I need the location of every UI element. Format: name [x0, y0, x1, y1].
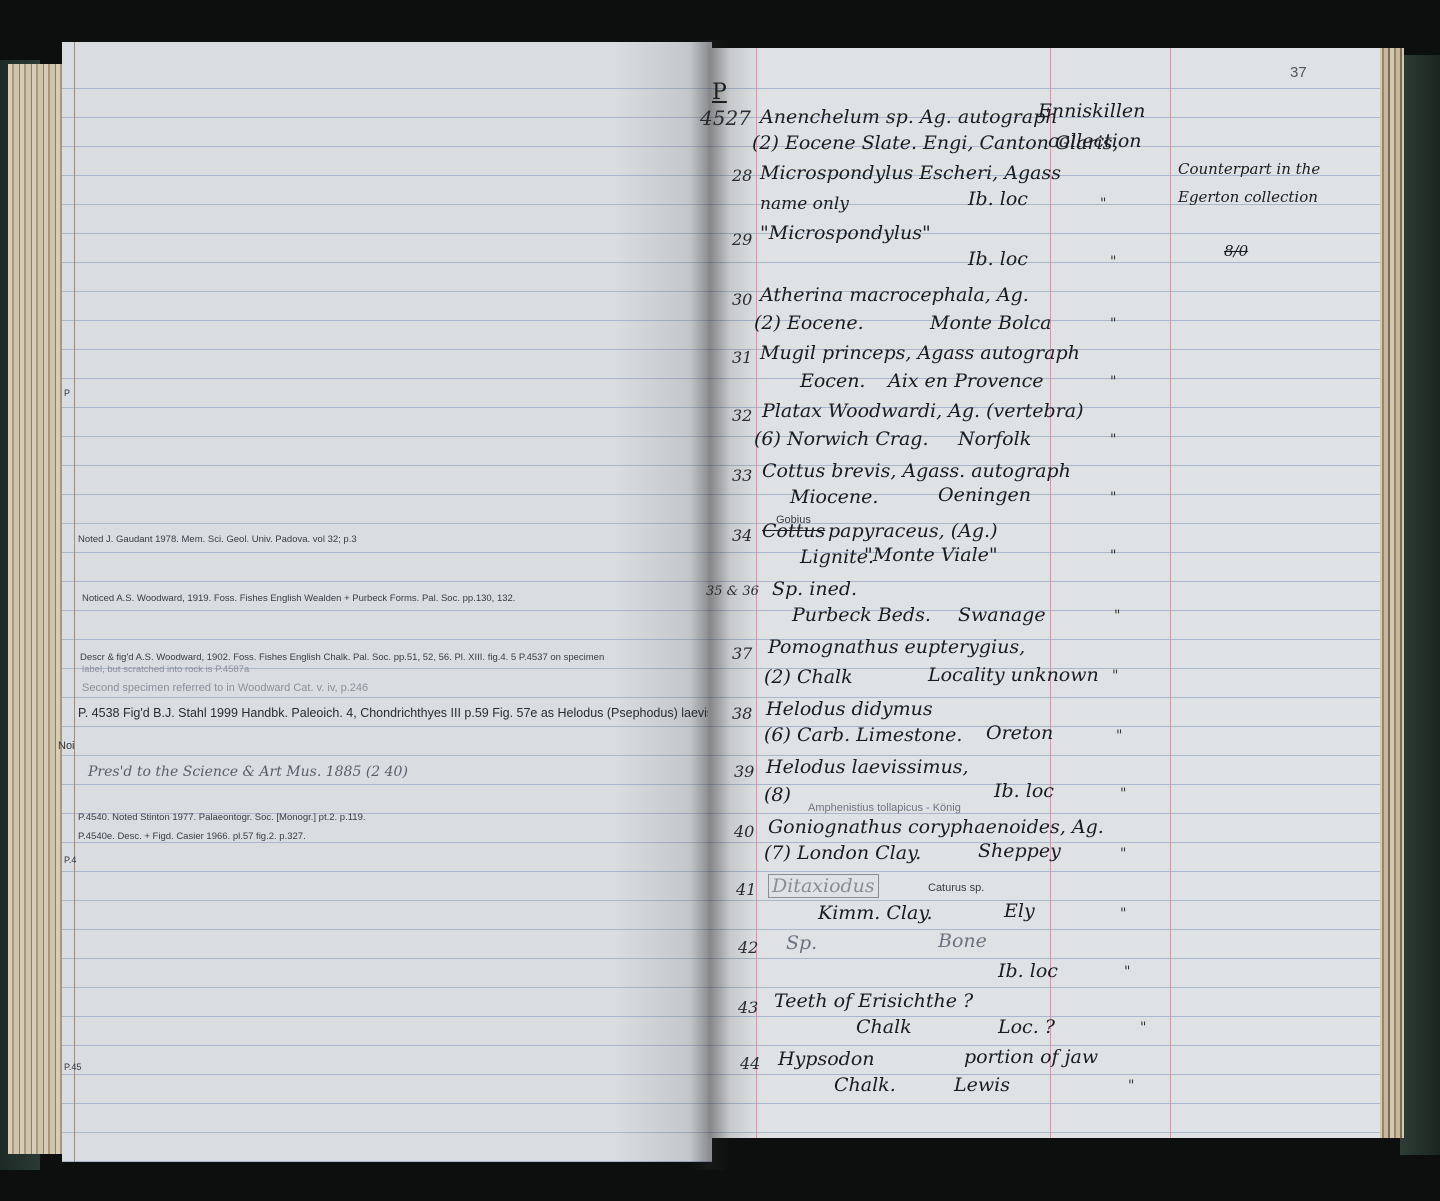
ditto-mark: " — [1110, 316, 1116, 332]
ditto-mark: " — [1114, 608, 1120, 624]
entry-locality: Aix en Provence — [888, 370, 1043, 392]
entry-locality: Oreton — [986, 722, 1053, 744]
ditto-mark: " — [1116, 728, 1122, 744]
annotation-casier: P.4540e. Desc. + Figd. Casier 1966. pl.5… — [78, 831, 306, 842]
entry-number: 28 — [732, 166, 752, 185]
ditto-mark: " — [1110, 490, 1116, 506]
entry-name: Goniognathus coryphaenoides, Ag. — [768, 816, 1104, 838]
entry-detail-extra: collection — [1048, 130, 1142, 152]
annotation-stahl: P. 4538 Fig'd B.J. Stahl 1999 Handbk. Pa… — [78, 706, 746, 720]
annotation-woodward-1919: Noticed A.S. Woodward, 1919. Foss. Fishe… — [82, 593, 515, 604]
entry-detail: Chalk. — [834, 1074, 896, 1096]
entry-name: Cottus brevis, Agass. autograph — [762, 460, 1071, 482]
ditto-mark: " — [1120, 846, 1126, 862]
ditto-mark: " — [1100, 196, 1106, 212]
ditto-mark: " — [1140, 1020, 1146, 1036]
book-gutter — [690, 40, 730, 1170]
entry-extra: portion of jaw — [964, 1046, 1098, 1068]
entry-struck-genus: Cottus — [762, 520, 825, 542]
side-mark: P.4 — [64, 855, 76, 865]
entry-name: Atherina macrocephala, Ag. — [760, 284, 1029, 306]
entry-detail: name only — [760, 194, 849, 214]
entry-locality: Ib. loc — [968, 248, 1028, 270]
entry-detail: (7) London Clay. — [764, 842, 921, 864]
left-page: P Noi P.4 P.45 Noted J. Gaudant 1978. Me… — [62, 42, 712, 1162]
entry-name: Microspondylus Escheri, Agass — [760, 162, 1061, 184]
entry-correction: Caturus sp. — [928, 882, 984, 894]
entry-name: "Microspondylus" — [760, 222, 931, 244]
entry-number: 38 — [732, 704, 752, 723]
entry-number: 32 — [732, 406, 752, 425]
ditto-mark: " — [1112, 668, 1118, 684]
entry-correction: Amphenistius tollapicus - König — [808, 802, 961, 814]
page-number: 37 — [1290, 64, 1307, 81]
entry-locality: Ib. loc — [968, 188, 1028, 210]
left-margin-rule — [74, 42, 75, 1162]
entry-locality: Norfolk — [958, 428, 1031, 450]
ditto-mark: " — [1110, 254, 1116, 270]
entry-number: 37 — [732, 644, 752, 663]
entry-locality: Ib. loc — [994, 780, 1054, 802]
side-mark: P.45 — [64, 1062, 81, 1072]
ditto-mark: " — [1110, 432, 1116, 448]
entry-detail: (6) Norwich Crag. — [754, 428, 929, 450]
entry-locality: Monte Bolca — [930, 312, 1052, 334]
entry-name: Sp. — [786, 932, 817, 954]
entry-detail: (2) Eocene. — [754, 312, 864, 334]
entry-name: Sp. ined. — [772, 578, 857, 600]
side-note-line1: Counterpart in the — [1178, 160, 1320, 178]
page-edges-left — [8, 64, 64, 1154]
side-note-line2: Egerton collection — [1178, 188, 1318, 206]
entry-detail: Purbeck Beds. — [792, 604, 931, 626]
entry-detail: (8) — [764, 784, 791, 806]
entry-number: 44 — [740, 1054, 760, 1073]
annotation-presented: Pres'd to the Science & Art Mus. 1885 (2… — [88, 764, 408, 780]
entry-locality: Swanage — [958, 604, 1046, 626]
entry-number: 40 — [734, 822, 754, 841]
entry-detail: Eocen. — [800, 370, 865, 392]
right-page: P 37 Counterpart in the Egerton collecti… — [708, 48, 1380, 1138]
entry-locality: Sheppey — [978, 840, 1061, 862]
entry-detail: (6) Carb. Limestone. — [764, 724, 962, 746]
entry-locality: Loc. ? — [998, 1016, 1055, 1038]
annotation-second-specimen: Second specimen referred to in Woodward … — [82, 682, 368, 694]
entry-locality: Lewis — [954, 1074, 1010, 1096]
ditto-mark: " — [1120, 786, 1126, 802]
entry-name: Teeth of Erisichthe ? — [774, 990, 973, 1012]
entry-detail: (2) Chalk — [764, 666, 853, 688]
entry-number: 42 — [738, 938, 758, 957]
entry-locality: Ely — [1004, 900, 1035, 922]
entry-name: Anenchelum sp. Ag. autograph — [760, 106, 1058, 128]
entry-number: 43 — [738, 998, 758, 1017]
entry-locality: Ib. loc — [998, 960, 1058, 982]
book-cover-right — [1400, 55, 1440, 1155]
entry-detail: Miocene. — [790, 486, 878, 508]
entry-name: Mugil princeps, Agass autograph — [760, 342, 1080, 364]
page-edges-right — [1378, 48, 1404, 1138]
entry-name: Helodus laevissimus, — [766, 756, 969, 778]
entry-locality: Oeningen — [938, 484, 1031, 506]
entry-number: 33 — [732, 466, 752, 485]
entry-name: Helodus didymus — [766, 698, 933, 720]
ditto-column-rule — [1170, 48, 1171, 1138]
entry-number: 30 — [732, 290, 752, 309]
entry-number: 34 — [732, 526, 752, 545]
annotation-stinton: P.4540. Noted Stinton 1977. Palaeontogr.… — [78, 812, 366, 823]
entry-name: Platax Woodwardi, Ag. (vertebra) — [762, 400, 1083, 422]
entry-locality: Locality unknown — [928, 664, 1099, 686]
entry-number: 31 — [732, 348, 752, 367]
side-mark: P — [64, 388, 70, 398]
entry-detail: Kimm. Clay. — [818, 902, 933, 924]
ditto-mark: " — [1120, 906, 1126, 922]
entry-boxed-name: Ditaxiodus — [768, 874, 879, 898]
entry-extra: Bone — [938, 930, 987, 952]
entry-name: Pomognathus eupterygius, — [768, 636, 1025, 658]
entry-extra: Enniskillen — [1038, 100, 1145, 122]
ditto-mark: " — [1110, 374, 1116, 390]
ditto-mark: " — [1124, 964, 1130, 980]
side-mark: Noi — [58, 740, 75, 752]
entry-name: papyraceus, (Ag.) — [828, 520, 998, 542]
side-note-mark: 8/0 — [1224, 242, 1248, 260]
entry-number: 41 — [736, 880, 756, 899]
entry-locality: "Monte Viale" — [864, 544, 998, 566]
annotation-scratched-label: label, but scratched into rock is P.4587… — [82, 664, 249, 675]
entry-name: Hypsodon — [778, 1048, 875, 1070]
annotation-gaudant: Noted J. Gaudant 1978. Mem. Sci. Geol. U… — [78, 534, 357, 545]
ditto-mark: " — [1128, 1078, 1134, 1094]
annotation-woodward-1902: Descr & fig'd A.S. Woodward, 1902. Foss.… — [80, 652, 604, 663]
entry-detail: Lignite. — [800, 546, 874, 568]
entry-number: 39 — [734, 762, 754, 781]
entry-number: 29 — [732, 230, 752, 249]
entry-detail: Chalk — [856, 1016, 912, 1038]
ditto-mark: " — [1110, 548, 1116, 564]
